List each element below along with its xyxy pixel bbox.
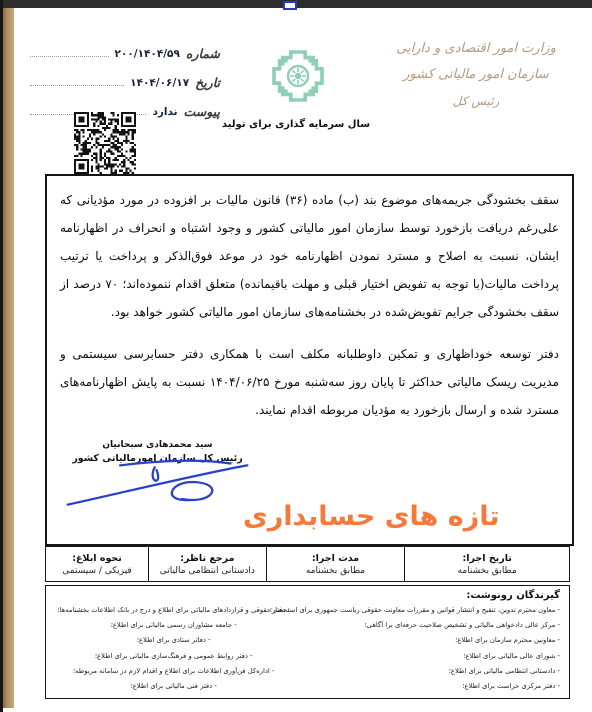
cell-value: مطابق بخشنامه	[458, 565, 517, 577]
cell-label: تاریخ اجرا:	[462, 552, 511, 565]
qr-code-icon	[74, 112, 136, 174]
recipient-item: - دفاتر ستادی برای اطلاع؛	[55, 633, 292, 648]
meta-date-label: تاریخ	[195, 75, 220, 90]
letterhead-ministry: وزارت امور اقتصادی و دارایی	[376, 36, 576, 62]
watermark-text: تازه های حسابداری	[243, 501, 500, 532]
recipient-item: - دفتر حقوقی و قراردادهای مالیاتی برای ا…	[55, 603, 292, 618]
body-paragraph-1: سقف بخشودگی جریمه‌های موضوع بند (ب) ماده…	[60, 186, 559, 326]
letter-body-box: سقف بخشودگی جریمه‌های موضوع بند (ب) ماده…	[45, 174, 574, 546]
cell-value: دادستانی انتظامی مالیاتی	[160, 565, 255, 577]
meta-date-value: ۱۴۰۴/۰۶/۱۷	[130, 77, 189, 89]
tax-organization-emblem-icon	[254, 36, 342, 116]
cell-label: مرجع ناظر:	[180, 552, 234, 565]
scan-artifact-chip	[283, 1, 297, 10]
recipient-item: - دفتر فنی مالیاتی برای اطلاع؛	[55, 679, 292, 694]
letterhead-organization: سازمان امور مالیاتی کشور	[376, 62, 576, 88]
recipient-item: - دادستانی انتظامی مالیاتی برای اطلاع؛	[292, 664, 560, 679]
recipients-title: گیرندگان رونوشت:	[55, 590, 560, 601]
meta-number-value: ۲۰۰/۱۴۰۴/۵۹	[115, 48, 180, 60]
scan-paper-edge	[3, 8, 14, 708]
recipients-box: گیرندگان رونوشت: - معاون محترم تدوین، تن…	[45, 585, 570, 699]
recipients-right-column: - معاون محترم تدوین، تنقیح و انتشار قوان…	[292, 603, 560, 694]
recipients-left-column: - دفتر حقوقی و قراردادهای مالیاتی برای ا…	[55, 603, 292, 694]
recipients-columns: - معاون محترم تدوین، تنقیح و انتشار قوان…	[55, 603, 560, 694]
recipient-item: - مرکز عالی دادخواهی مالیاتی و تشخیص صلا…	[292, 618, 560, 633]
cell-value: مطابق بخشنامه	[306, 565, 365, 577]
recipient-item: - شورای عالی مالیاتی برای اطلاع؛	[292, 649, 560, 664]
table-cell-supervising-authority: مرجع ناظر: دادستانی انتظامی مالیاتی	[148, 547, 266, 581]
table-cell-execution-date: تاریخ اجرا: مطابق بخشنامه	[404, 547, 569, 581]
table-cell-execution-duration: مدت اجرا: مطابق بخشنامه	[266, 547, 405, 581]
meta-number-label: شماره	[186, 46, 220, 61]
cell-value: فیزیکی / سیستمی	[62, 565, 131, 577]
recipient-item: - جامعه مشاوران رسمی مالیاتی برای اطلاع؛	[55, 618, 292, 633]
slogan-text: سال سرمایه گذاری برای تولید	[206, 119, 386, 130]
recipient-item: - اداره‌کل فن‌آوری اطلاعات برای اطلاع و …	[55, 664, 292, 679]
footer-info-table: تاریخ اجرا: مطابق بخشنامه مدت اجرا: مطاب…	[45, 546, 570, 582]
table-cell-notification-method: نحوه ابلاغ: فیزیکی / سیستمی	[46, 547, 148, 581]
cell-label: نحوه ابلاغ:	[72, 552, 122, 565]
qr-svg	[74, 112, 136, 174]
recipient-item: - معاون محترم تدوین، تنقیح و انتشار قوان…	[292, 603, 560, 618]
signer-name: سید محمدهادی سبحانیان	[55, 439, 260, 452]
meta-attachment-value: ندارد	[152, 106, 177, 118]
recipient-item: - دفتر روابط عمومی و فرهنگ‌سازی مالیاتی …	[55, 649, 292, 664]
meta-number-row: شماره ۲۰۰/۱۴۰۴/۵۹	[28, 42, 220, 61]
meta-date-row: تاریخ ۱۴۰۴/۰۶/۱۷	[28, 71, 220, 90]
dotted-leader	[30, 56, 109, 57]
body-paragraph-2: دفتر توسعه خوداظهاری و تمکین داوطلبانه م…	[60, 340, 559, 424]
letterhead: وزارت امور اقتصادی و دارایی سازمان امور …	[376, 36, 576, 114]
recipient-item: - معاونین محترم سازمان برای اطلاع؛	[292, 633, 560, 648]
letterhead-office: رئیس کل	[376, 88, 576, 114]
dotted-leader	[30, 85, 124, 86]
signature-block: سید محمدهادی سبحانیان رئیس کل سازمان امو…	[55, 439, 260, 514]
recipient-item: - دفتر مرکزی حراست برای اطلاع؛	[292, 679, 560, 694]
scanned-letter-page: وزارت امور اقتصادی و دارایی سازمان امور …	[0, 0, 592, 712]
meta-attachment-label: پیوست	[184, 104, 220, 119]
cell-label: مدت اجرا:	[312, 552, 359, 565]
emblem-svg	[254, 36, 342, 116]
